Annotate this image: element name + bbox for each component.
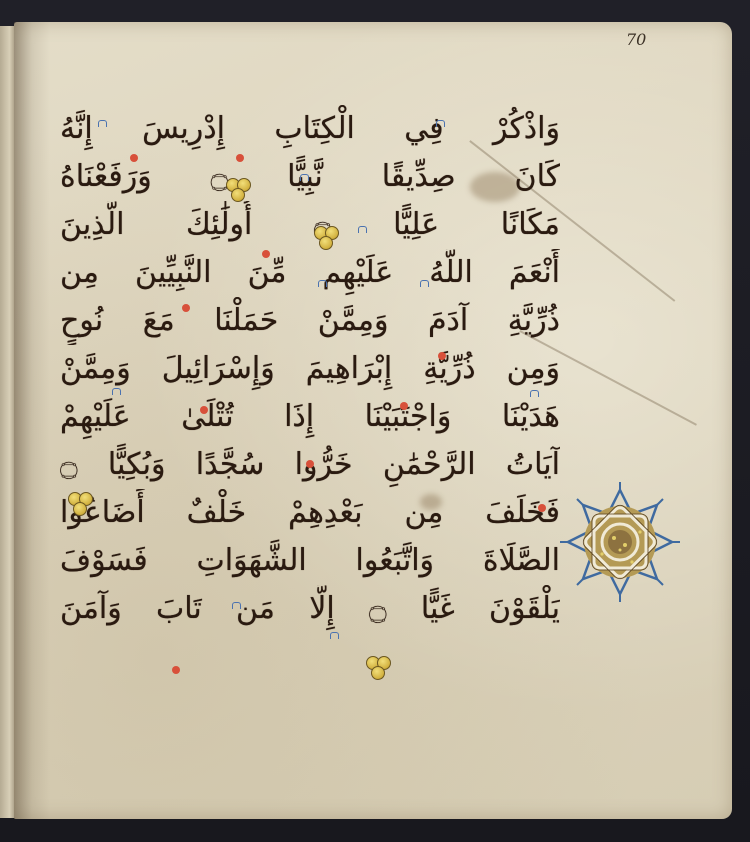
gold-verse-marker-icon bbox=[366, 656, 392, 682]
red-vowel-dot bbox=[262, 250, 270, 258]
blue-vowel-mark bbox=[330, 632, 339, 639]
blue-vowel-mark bbox=[530, 390, 539, 397]
gold-verse-marker-icon bbox=[68, 492, 94, 518]
gold-verse-marker-icon bbox=[226, 178, 252, 204]
red-vowel-dot bbox=[400, 402, 408, 410]
text-line: وَمِن ذُرِّيَّةِ إِبْرَاهِيمَ وَإِسْرَائ… bbox=[60, 345, 560, 393]
blue-vowel-mark bbox=[436, 120, 445, 127]
manuscript-text: وَاذْكُرْ فِي الْكِتَابِ إِدْرِيسَ إِنَّ… bbox=[60, 105, 560, 633]
red-vowel-dot bbox=[182, 304, 190, 312]
gold-verse-marker-icon bbox=[314, 226, 340, 252]
red-vowel-dot bbox=[538, 504, 546, 512]
text-line: فَخَلَفَ مِن بَعْدِهِمْ خَلْفٌ أَضَاعُوا bbox=[60, 489, 560, 537]
blue-vowel-mark bbox=[318, 280, 327, 287]
gutter-shadow bbox=[14, 22, 50, 819]
text-line: أَنْعَمَ اللَّهُ عَلَيْهِم مِّنَ النَّبِ… bbox=[60, 249, 560, 297]
text-line: الصَّلَاةَ وَاتَّبَعُوا الشَّهَوَاتِ فَس… bbox=[60, 537, 560, 585]
margin-rosette-icon bbox=[560, 482, 680, 602]
text-line: يَلْقَوْنَ غَيًّا ۝ إِلَّا مَن تَابَ وَآ… bbox=[60, 585, 560, 633]
blue-vowel-mark bbox=[358, 226, 367, 233]
red-vowel-dot bbox=[130, 154, 138, 162]
text-line: مَكَانًا عَلِيًّا ۝ أُولَٰئِكَ الَّذِينَ bbox=[60, 201, 560, 249]
blue-vowel-mark bbox=[232, 602, 241, 609]
blue-vowel-mark bbox=[112, 388, 121, 395]
text-line: وَاذْكُرْ فِي الْكِتَابِ إِدْرِيسَ إِنَّ… bbox=[60, 105, 560, 153]
red-vowel-dot bbox=[200, 406, 208, 414]
text-line: هَدَيْنَا وَاجْتَبَيْنَا إِذَا تُتْلَىٰ … bbox=[60, 393, 560, 441]
red-vowel-dot bbox=[236, 154, 244, 162]
text-line: ذُرِّيَّةِ آدَمَ وَمِمَّنْ حَمَلْنَا مَع… bbox=[60, 297, 560, 345]
folio-number: 70 bbox=[626, 30, 646, 49]
red-vowel-dot bbox=[172, 666, 180, 674]
red-vowel-dot bbox=[438, 352, 446, 360]
blue-vowel-mark bbox=[98, 120, 107, 127]
red-vowel-dot bbox=[306, 460, 314, 468]
blue-vowel-mark bbox=[420, 280, 429, 287]
blue-vowel-mark bbox=[300, 174, 309, 181]
